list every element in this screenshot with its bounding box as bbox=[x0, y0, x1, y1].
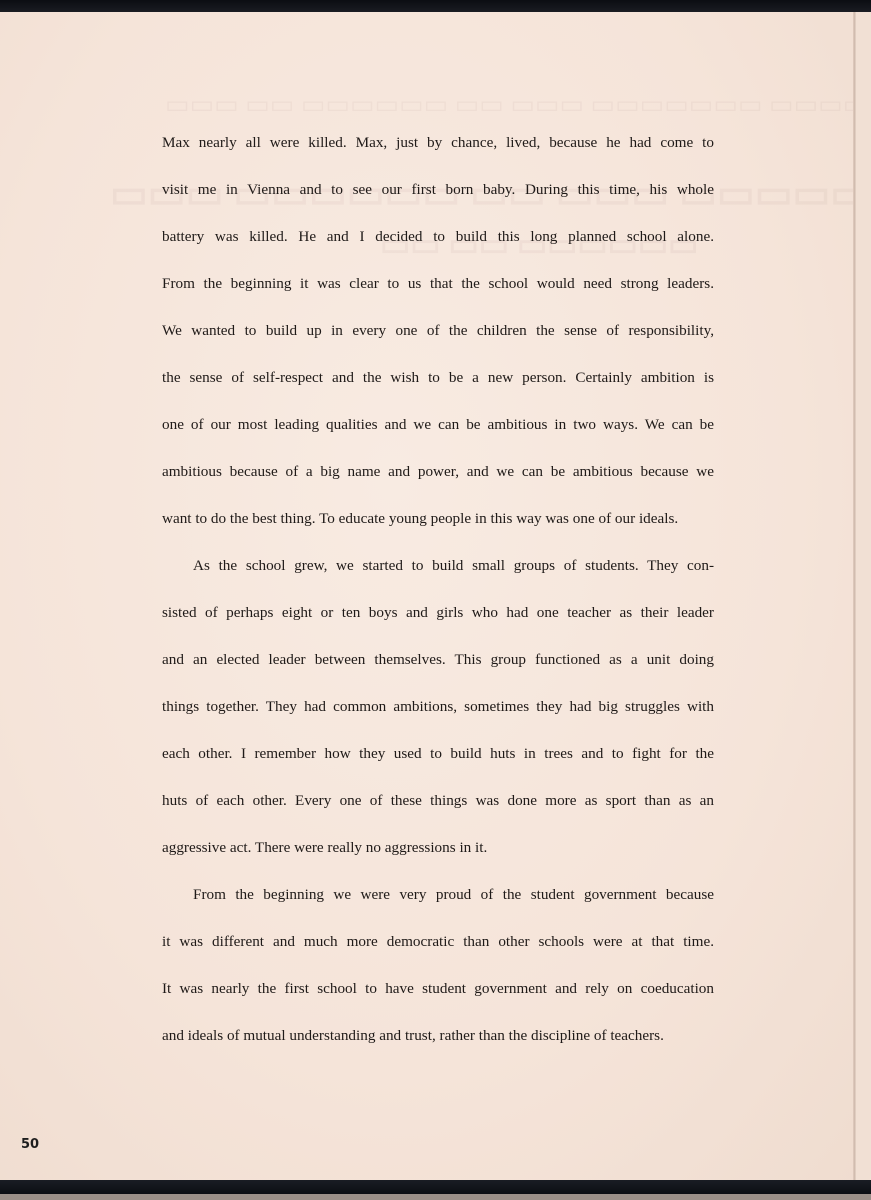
text-line: We wanted to build up in every one of th… bbox=[162, 316, 714, 363]
paragraph: Max nearly all were killed. Max, just by… bbox=[162, 128, 714, 551]
text-line: things together. They had common ambitio… bbox=[162, 692, 714, 739]
scan-bottom-edge bbox=[0, 1194, 871, 1200]
scan-top-border bbox=[0, 0, 871, 12]
paragraph: As the school grew, we started to build … bbox=[162, 551, 714, 880]
text-line: battery was killed. He and I decided to … bbox=[162, 222, 714, 269]
text-line: and ideals of mutual understanding and t… bbox=[162, 1021, 714, 1068]
text-line: aggressive act. There were really no agg… bbox=[162, 833, 714, 880]
text-line: It was nearly the first school to have s… bbox=[162, 974, 714, 1021]
body-text: Max nearly all were killed. Max, just by… bbox=[162, 128, 714, 1068]
text-line: From the beginning it was clear to us th… bbox=[162, 269, 714, 316]
page-number: 50 bbox=[21, 1137, 39, 1152]
text-line: each other. I remember how they used to … bbox=[162, 739, 714, 786]
scanned-page: ▭▭▭ ▭▭ ▭▭▭▭▭▭ ▭▭ ▭▭▭ ▭▭▭▭▭▭▭ ▭▭▭▭ ▭▭▭ ▭▭… bbox=[0, 0, 871, 1200]
adjacent-page-edge bbox=[856, 12, 871, 1180]
scan-bottom-border bbox=[0, 1180, 871, 1194]
text-line: Max nearly all were killed. Max, just by… bbox=[162, 128, 714, 175]
text-line: ambitious because of a big name and powe… bbox=[162, 457, 714, 504]
text-line: From the beginning we were very proud of… bbox=[162, 880, 714, 927]
text-line: huts of each other. Every one of these t… bbox=[162, 786, 714, 833]
text-line: want to do the best thing. To educate yo… bbox=[162, 504, 714, 551]
text-line: one of our most leading qualities and we… bbox=[162, 410, 714, 457]
text-line: sisted of perhaps eight or ten boys and … bbox=[162, 598, 714, 645]
text-line: the sense of self-respect and the wish t… bbox=[162, 363, 714, 410]
text-line: and an elected leader between themselves… bbox=[162, 645, 714, 692]
text-line: As the school grew, we started to build … bbox=[162, 551, 714, 598]
text-line: it was different and much more democrati… bbox=[162, 927, 714, 974]
paragraph: From the beginning we were very proud of… bbox=[162, 880, 714, 1068]
text-line: visit me in Vienna and to see our first … bbox=[162, 175, 714, 222]
